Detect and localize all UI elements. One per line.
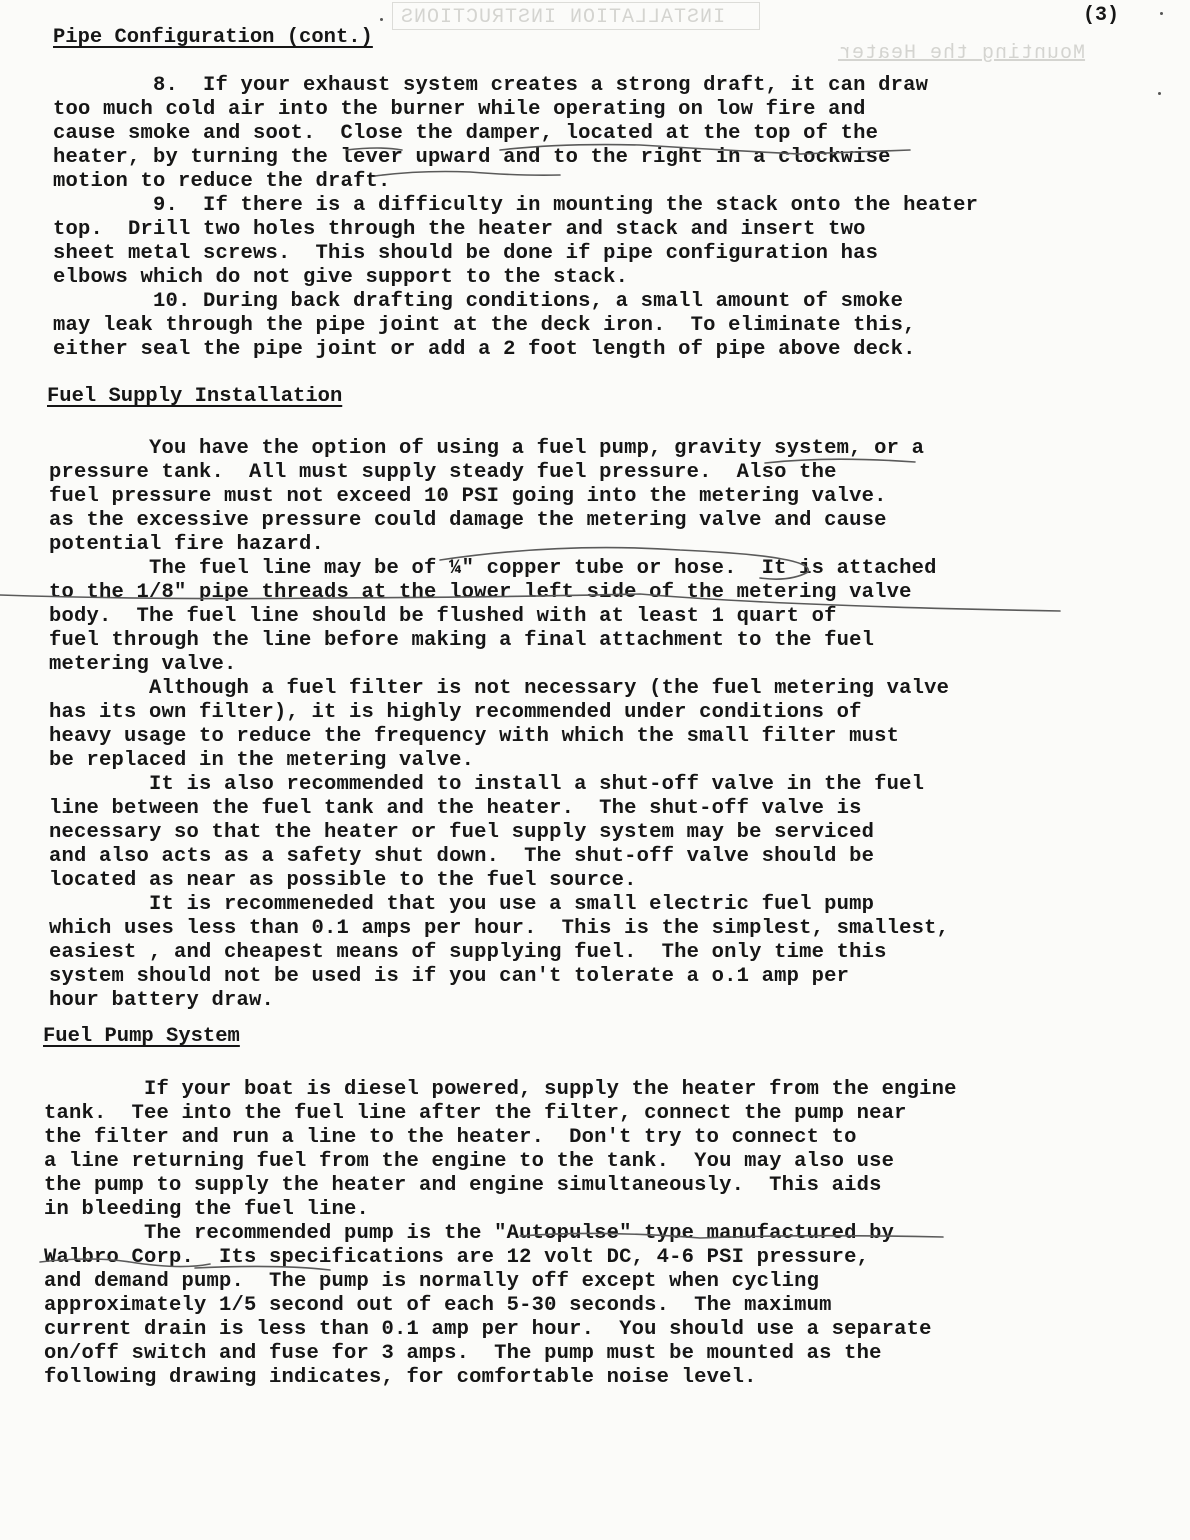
text-line: necessary so that the heater or fuel sup…	[49, 821, 949, 845]
text-line: which uses less than 0.1 amps per hour. …	[49, 917, 949, 941]
section-body-pipe-configuration: 8. If your exhaust system creates a stro…	[53, 74, 978, 362]
text-line: 9. If there is a difficulty in mounting …	[53, 194, 978, 218]
text-line: It is also recommended to install a shut…	[49, 773, 949, 797]
text-line: following drawing indicates, for comfort…	[44, 1366, 957, 1390]
text-line: sheet metal screws. This should be done …	[53, 242, 978, 266]
text-line: motion to reduce the draft.	[53, 170, 978, 194]
text-line: to the 1/8" pipe threads at the lower le…	[49, 581, 949, 605]
section-body-fuel-pump-system: If your boat is diesel powered, supply t…	[44, 1078, 957, 1390]
section-body-fuel-supply-installation: You have the option of using a fuel pump…	[49, 437, 949, 1013]
text-line: potential fire hazard.	[49, 533, 949, 557]
text-line: as the excessive pressure could damage t…	[49, 509, 949, 533]
page-number: (3)	[1083, 4, 1119, 27]
text-line: fuel through the line before making a fi…	[49, 629, 949, 653]
text-line: If your boat is diesel powered, supply t…	[44, 1078, 957, 1102]
margin-speck	[1160, 12, 1163, 15]
text-line: elbows which do not give support to the …	[53, 266, 978, 290]
section-heading-fuel-pump-system: Fuel Pump System	[43, 1025, 240, 1048]
text-line: fuel pressure must not exceed 10 PSI goi…	[49, 485, 949, 509]
margin-speck	[380, 18, 383, 21]
text-line: Although a fuel filter is not necessary …	[49, 677, 949, 701]
text-line: in bleeding the fuel line.	[44, 1198, 957, 1222]
text-line: be replaced in the metering valve.	[49, 749, 949, 773]
text-line: on/off switch and fuse for 3 amps. The p…	[44, 1342, 957, 1366]
text-line: heater, by turning the lever upward and …	[53, 146, 978, 170]
margin-speck	[1158, 92, 1161, 95]
text-line: metering valve.	[49, 653, 949, 677]
text-line: Walbro Corp. Its specifications are 12 v…	[44, 1246, 957, 1270]
text-line: too much cold air into the burner while …	[53, 98, 978, 122]
text-line: top. Drill two holes through the heater …	[53, 218, 978, 242]
text-line: system should not be used is if you can'…	[49, 965, 949, 989]
text-line: the pump to supply the heater and engine…	[44, 1174, 957, 1198]
text-line: and also acts as a safety shut down. The…	[49, 845, 949, 869]
text-line: It is recommeneded that you use a small …	[49, 893, 949, 917]
section-heading-pipe-configuration: Pipe Configuration (cont.)	[53, 26, 373, 49]
text-line: a line returning fuel from the engine to…	[44, 1150, 957, 1174]
text-line: approximately 1/5 second out of each 5-3…	[44, 1294, 957, 1318]
text-line: You have the option of using a fuel pump…	[49, 437, 949, 461]
text-line: the filter and run a line to the heater.…	[44, 1126, 957, 1150]
document-page: INSTALLATION INSTRUCTIONS Mounting the H…	[0, 0, 1190, 1540]
text-line: pressure tank. All must supply steady fu…	[49, 461, 949, 485]
text-line: located as near as possible to the fuel …	[49, 869, 949, 893]
text-line: 10. During back drafting conditions, a s…	[53, 290, 978, 314]
text-line: tank. Tee into the fuel line after the f…	[44, 1102, 957, 1126]
text-line: hour battery draw.	[49, 989, 949, 1013]
text-line: and demand pump. The pump is normally of…	[44, 1270, 957, 1294]
text-line: body. The fuel line should be flushed wi…	[49, 605, 949, 629]
bleed-through-header: INSTALLATION INSTRUCTIONS	[400, 6, 725, 29]
section-heading-fuel-supply-installation: Fuel Supply Installation	[47, 385, 342, 408]
text-line: heavy usage to reduce the frequency with…	[49, 725, 949, 749]
text-line: has its own filter), it is highly recomm…	[49, 701, 949, 725]
text-line: cause smoke and soot. Close the damper, …	[53, 122, 978, 146]
text-line: The recommended pump is the "Autopulse" …	[44, 1222, 957, 1246]
text-line: either seal the pipe joint or add a 2 fo…	[53, 338, 978, 362]
text-line: may leak through the pipe joint at the d…	[53, 314, 978, 338]
text-line: 8. If your exhaust system creates a stro…	[53, 74, 978, 98]
text-line: easiest , and cheapest means of supplyin…	[49, 941, 949, 965]
text-line: The fuel line may be of ¼" copper tube o…	[49, 557, 949, 581]
bleed-through-heading: Mounting the Heater	[838, 42, 1085, 65]
text-line: line between the fuel tank and the heate…	[49, 797, 949, 821]
text-line: current drain is less than 0.1 amp per h…	[44, 1318, 957, 1342]
